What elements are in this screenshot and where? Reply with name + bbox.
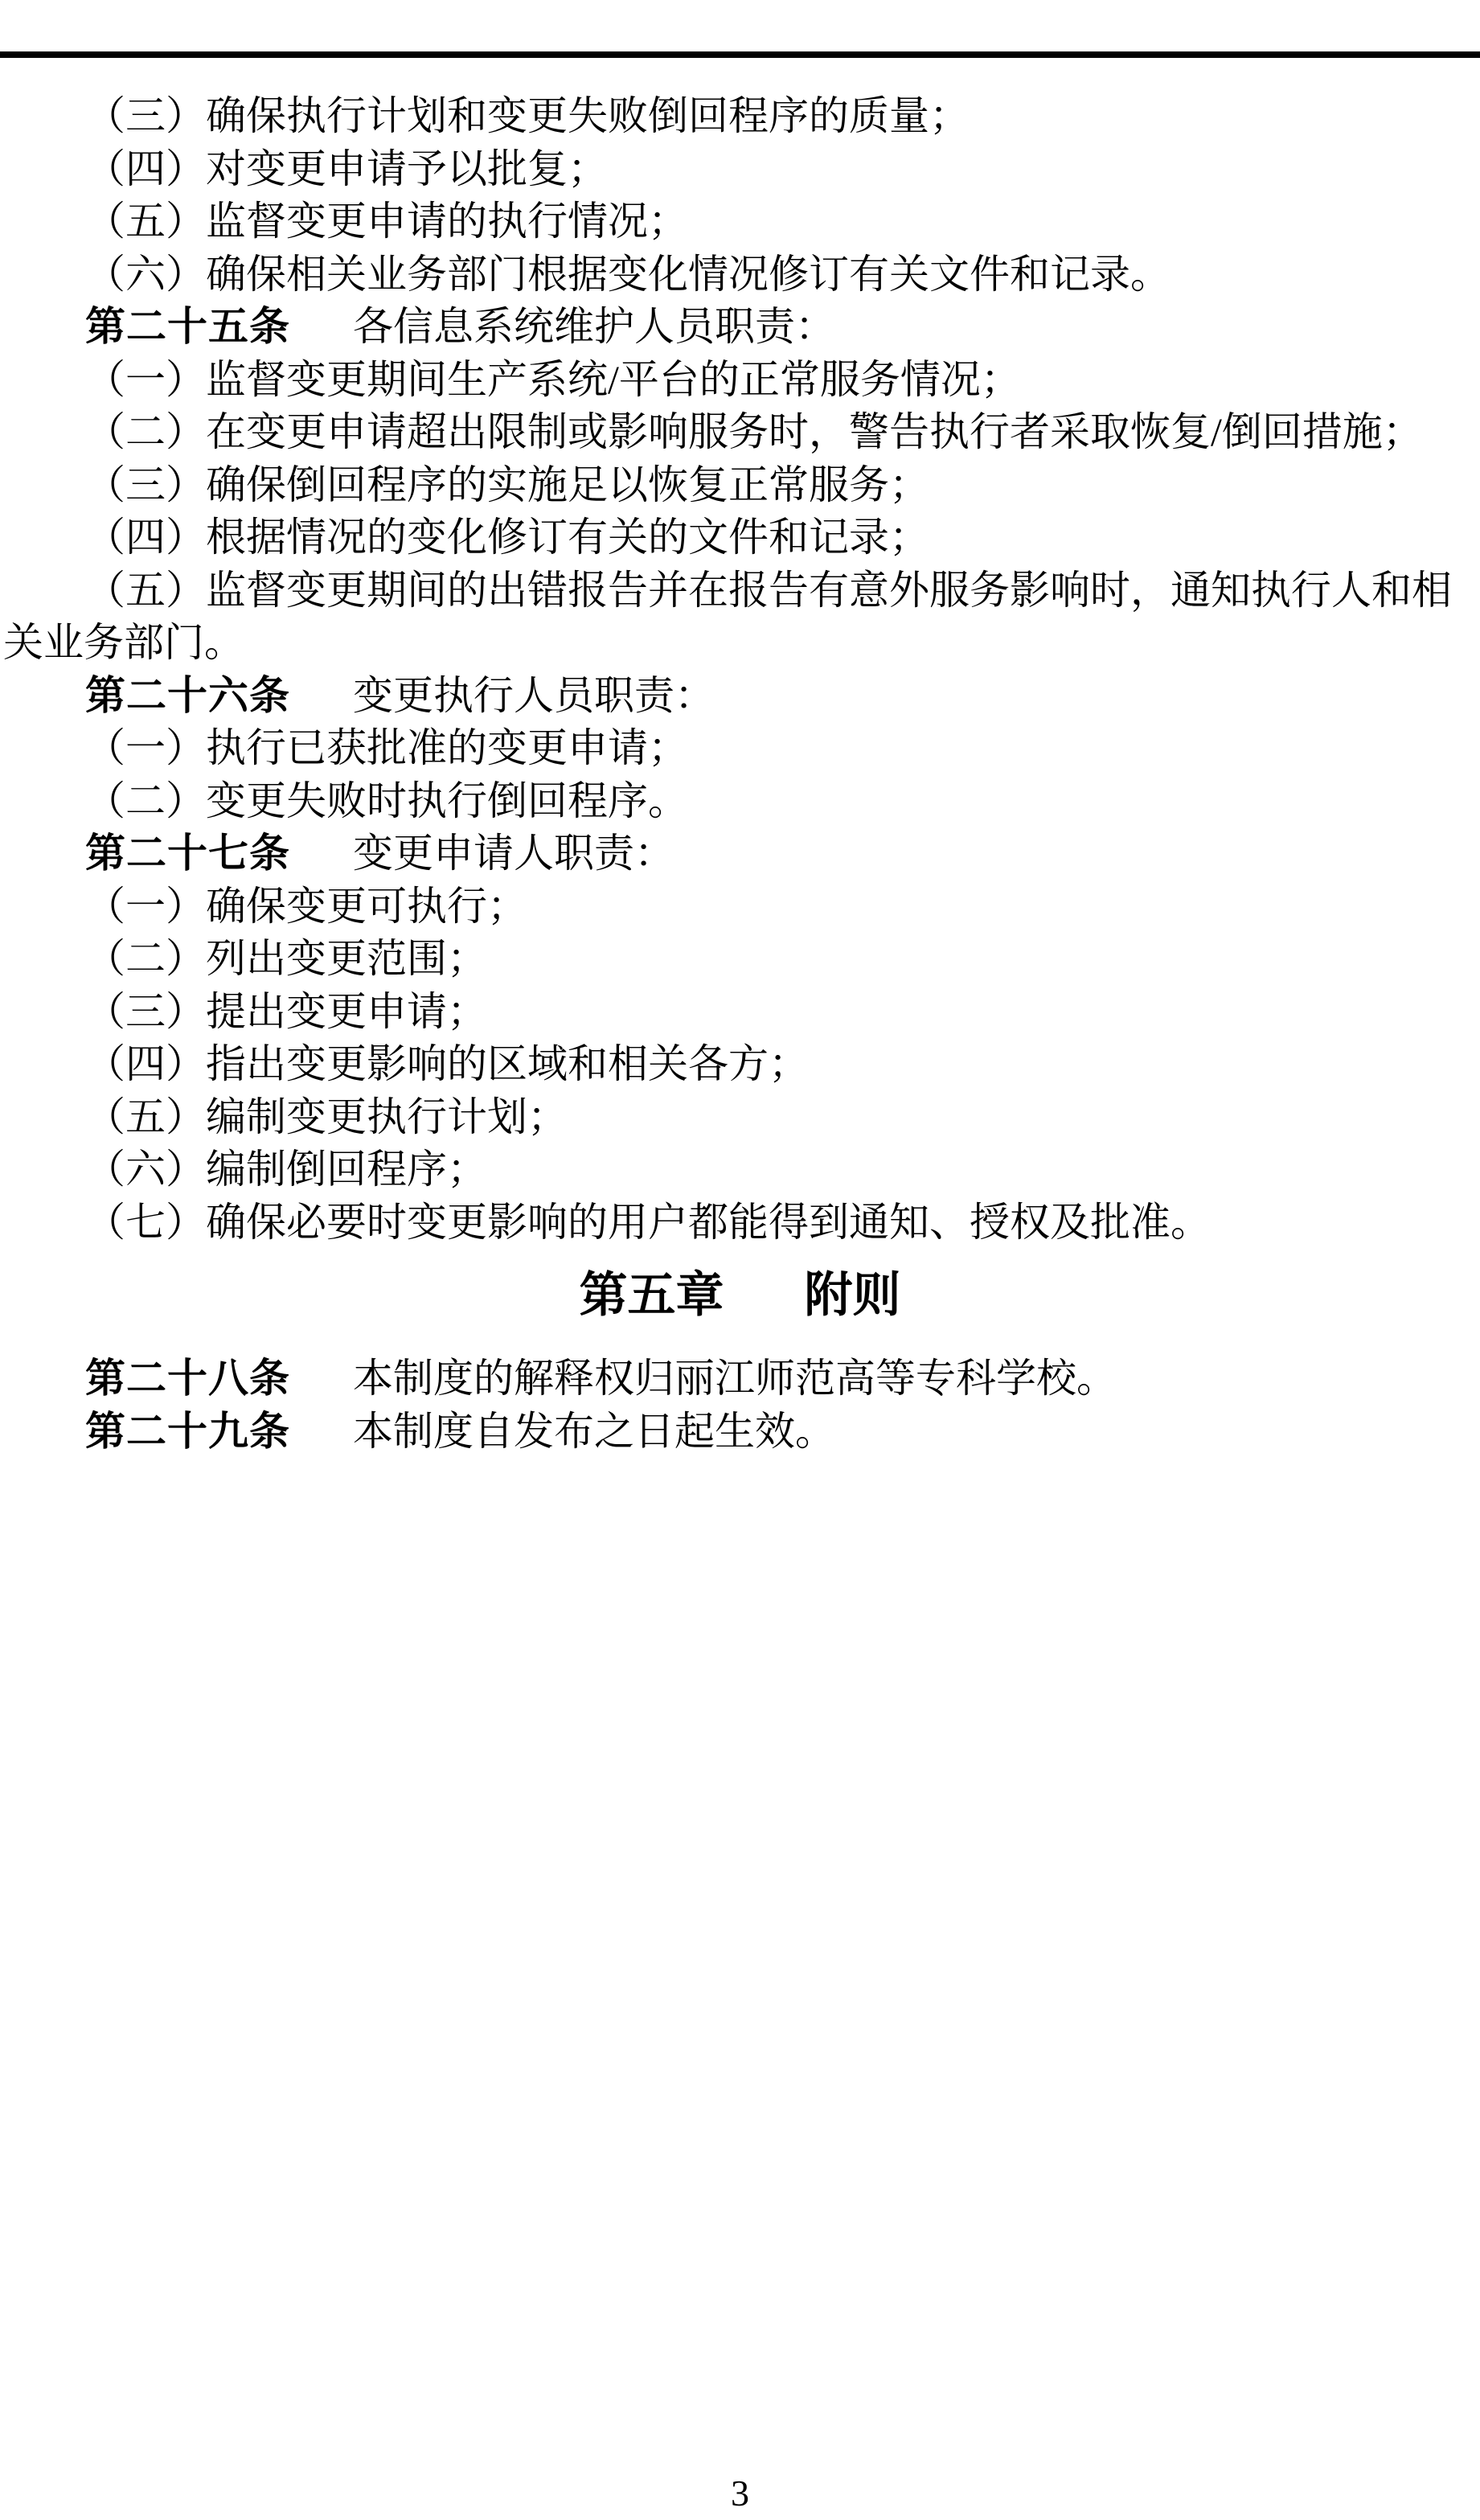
page-number: 3 (731, 2473, 749, 2514)
article-text: 本制度自发布之日起生效。 (353, 1409, 835, 1454)
header-rule (0, 51, 1480, 58)
list-item: （一）监督变更期间生产系统/平台的正常服务情况； (3, 354, 1477, 407)
list-item: （五）监督变更期间的出错报告并在报告有意外服务影响时，通知执行人和相关业务部门。 (3, 564, 1477, 670)
article-title: 变更执行人员职责： (353, 673, 715, 718)
article-number: 第二十六条 (85, 673, 290, 718)
article-heading: 第二十九条本制度自发布之日起生效。 (3, 1406, 1477, 1459)
chapter-heading: 第五章附则 (3, 1265, 1477, 1325)
list-item: （四）对变更申请予以批复； (3, 143, 1477, 196)
list-item: （二）在变更申请超出限制或影响服务时，警告执行者采取恢复/倒回措施； (3, 406, 1477, 459)
document-body: （三）确保执行计划和变更失败倒回程序的质量； （四）对变更申请予以批复； （五）… (3, 90, 1477, 1458)
list-item: （七）确保必要时变更影响的用户都能得到通知、授权及批准。 (3, 1196, 1477, 1250)
article-number: 第二十五条 (85, 304, 290, 349)
article-text: 本制度的解释权归丽江师范高等专科学校。 (353, 1356, 1117, 1401)
list-item: （五）编制变更执行计划； (3, 1091, 1477, 1144)
article-heading: 第二十八条本制度的解释权归丽江师范高等专科学校。 (3, 1352, 1477, 1406)
list-item: （三）提出变更申请； (3, 986, 1477, 1039)
chapter-number: 第五章 (580, 1268, 724, 1322)
article-heading: 第二十五条各信息系统维护人员职责： (3, 301, 1477, 354)
chapter-title: 附则 (805, 1268, 901, 1322)
list-item: （三）确保倒回程序的实施足以恢复正常服务； (3, 459, 1477, 512)
list-item: （三）确保执行计划和变更失败倒回程序的质量； (3, 90, 1477, 143)
document-page: （三）确保执行计划和变更失败倒回程序的质量； （四）对变更申请予以批复； （五）… (0, 0, 1480, 2520)
article-number: 第二十九条 (85, 1409, 290, 1454)
article-title: 变更申请人职责： (353, 831, 674, 876)
article-number: 第二十八条 (85, 1356, 290, 1401)
article-number: 第二十七条 (85, 831, 290, 876)
list-item: （六）编制倒回程序； (3, 1143, 1477, 1196)
list-item: （二）列出变更范围； (3, 933, 1477, 986)
list-item: （一）确保变更可执行； (3, 880, 1477, 934)
list-item: （四）指出变更影响的区域和相关各方； (3, 1038, 1477, 1091)
article-heading: 第二十七条变更申请人职责： (3, 827, 1477, 880)
list-item: （二）变更失败时执行倒回程序。 (3, 775, 1477, 828)
article-heading: 第二十六条变更执行人员职责： (3, 670, 1477, 723)
list-item: （五）监督变更申请的执行情况； (3, 195, 1477, 248)
page-footer: 3 (0, 2475, 1480, 2512)
list-item: （一）执行已获批准的变更申请； (3, 722, 1477, 775)
list-item: （四）根据情况的变化修订有关的文件和记录； (3, 511, 1477, 564)
article-title: 各信息系统维护人员职责： (353, 304, 835, 349)
list-item: （六）确保相关业务部门根据变化情况修订有关文件和记录。 (3, 248, 1477, 302)
